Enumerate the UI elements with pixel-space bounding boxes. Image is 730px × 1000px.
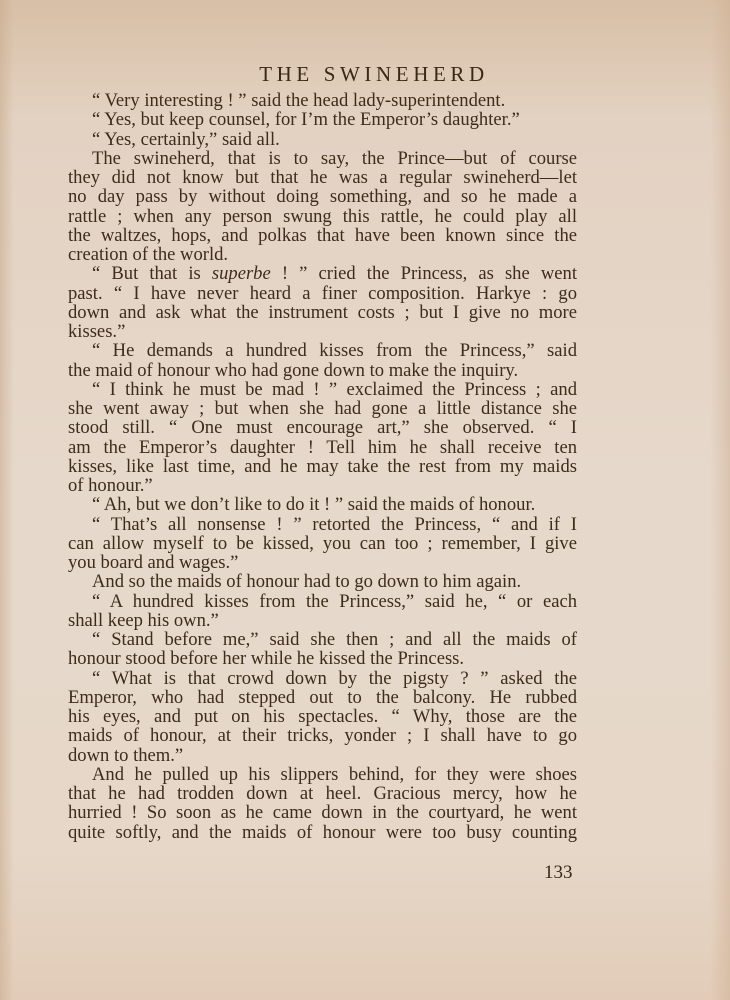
page-number: 133 (544, 862, 573, 884)
text-line: kisses, like last time, and he may take … (68, 457, 577, 476)
text-line: honour stood before her while he kissed … (68, 649, 577, 668)
text-line: Emperor, who had stepped out to the balc… (68, 688, 577, 707)
italic-word: superbe (212, 263, 271, 284)
text-line: “ Ah, but we don’t like to do it ! ” sai… (68, 495, 577, 514)
text-line: am the Emperor’s daughter ! Tell him he … (68, 438, 577, 457)
text-line: stood still. “ One must encourage art,” … (68, 418, 577, 437)
text-line: “ A hundred kisses from the Princess,” s… (68, 592, 577, 611)
text-line: And he pulled up his slippers behind, fo… (68, 765, 577, 784)
page-edge-shadow-left (0, 0, 14, 1000)
text-line: of honour.” (68, 476, 577, 495)
text-line-with-italic: “ But that is superbe ! ” cried the Prin… (68, 264, 577, 283)
text-line: And so the maids of honour had to go dow… (68, 572, 577, 591)
text-line: the maid of honour who had gone down to … (68, 361, 577, 380)
text-line: “ Stand before me,” said she then ; and … (68, 630, 577, 649)
text-line: that he had trodden down at heel. Gracio… (68, 784, 577, 803)
text-line: she went away ; but when she had gone a … (68, 399, 577, 418)
text-line: “ Yes, but keep counsel, for I’m the Emp… (68, 110, 577, 129)
text-line: down to them.” (68, 746, 577, 765)
text-line: creation of the world. (68, 245, 577, 264)
text-line: can allow myself to be kissed, you can t… (68, 534, 577, 553)
text-line: “ Yes, certainly,” said all. (68, 130, 577, 149)
text-line: his eyes, and put on his spectacles. “ W… (68, 707, 577, 726)
text-line: rattle ; when any person swung this ratt… (68, 207, 577, 226)
text-line: The swineherd, that is to say, the Princ… (68, 149, 577, 168)
body-text: “ Very interesting ! ” said the head lad… (68, 91, 577, 842)
text-line: the waltzes, hops, and polkas that have … (68, 226, 577, 245)
page-edge-shadow-right (710, 0, 730, 1000)
text-line: “ He demands a hundred kisses from the P… (68, 341, 577, 360)
text-line: maids of honour, at their tricks, yonder… (68, 726, 577, 745)
text-line: past. “ I have never heard a finer compo… (68, 284, 577, 303)
text-line: shall keep his own.” (68, 611, 577, 630)
text-line: “ Very interesting ! ” said the head lad… (68, 91, 577, 110)
text-line: “ That’s all nonsense ! ” retorted the P… (68, 515, 577, 534)
running-head: THE SWINEHERD (0, 62, 730, 87)
text-line: quite softly, and the maids of honour we… (68, 823, 577, 842)
text-line: “ I think he must be mad ! ” exclaimed t… (68, 380, 577, 399)
text-line: “ What is that crowd down by the pigsty … (68, 669, 577, 688)
text-line: down and ask what the instrument costs ;… (68, 303, 577, 322)
text-line: kisses.” (68, 322, 577, 341)
text-line: hurried ! So soon as he came down in the… (68, 803, 577, 822)
text-line: they did not know but that he was a regu… (68, 168, 577, 187)
text-line: you board and wages.” (68, 553, 577, 572)
text-line: no day pass by without doing something, … (68, 187, 577, 206)
